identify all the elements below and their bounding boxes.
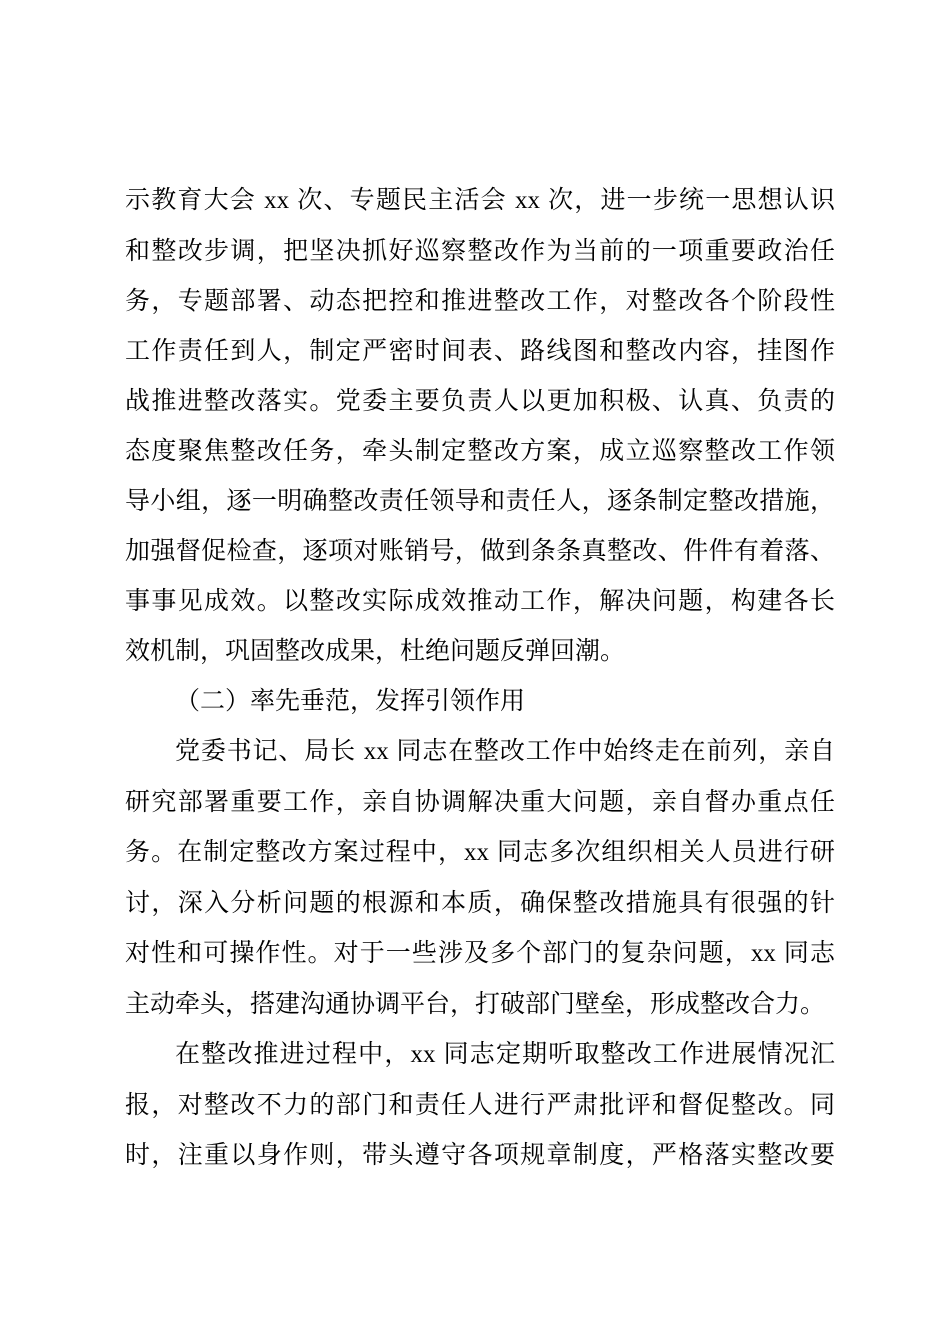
text-line: （二）率先垂范，发挥引领作用 — [125, 676, 835, 726]
latin-placeholder-text: xx — [411, 1041, 436, 1068]
latin-placeholder-text: xx — [751, 940, 776, 967]
latin-placeholder-text: xx — [515, 187, 540, 214]
paragraph-body: 党委书记、局长 xx 同志在整改工作中始终走在前列，亲自研究部署重要工作，亲自协… — [125, 726, 835, 1029]
latin-placeholder-text: xx — [464, 839, 489, 866]
text-line: 在整改推进过程中，xx 同志定期听取整改工作进展情况汇 — [125, 1029, 835, 1080]
latin-placeholder-text: xx — [364, 738, 389, 765]
paragraph-body-continues-next-page: 在整改推进过程中，xx 同志定期听取整改工作进展情况汇报，对整改不力的部门和责任… — [125, 1029, 835, 1180]
text-line: 导小组，逐一明确整改责任领导和责任人，逐条制定整改措施， — [125, 476, 835, 526]
text-line: 战推进整改落实。党委主要负责人以更加积极、认真、负责的 — [125, 376, 835, 426]
text-line: 务，专题部署、动态把控和推进整改工作，对整改各个阶段性 — [125, 276, 835, 326]
document-page: 示教育大会 xx 次、专题民主活会 xx 次，进一步统一思想认识和整改步调，把坚… — [0, 0, 950, 1344]
text-line: 党委书记、局长 xx 同志在整改工作中始终走在前列，亲自 — [125, 726, 835, 777]
document-body: 示教育大会 xx 次、专题民主活会 xx 次，进一步统一思想认识和整改步调，把坚… — [125, 175, 835, 1180]
paragraph-continued-from-previous-page: 示教育大会 xx 次、专题民主活会 xx 次，进一步统一思想认识和整改步调，把坚… — [125, 175, 835, 676]
latin-placeholder-text: xx — [264, 187, 289, 214]
text-line: 和整改步调，把坚决抓好巡察整改作为当前的一项重要政治任 — [125, 226, 835, 276]
text-line: 加强督促检查，逐项对账销号，做到条条真整改、件件有着落、 — [125, 526, 835, 576]
section-subheading: （二）率先垂范，发挥引领作用 — [125, 676, 835, 726]
text-line: 工作责任到人，制定严密时间表、路线图和整改内容，挂图作 — [125, 326, 835, 376]
text-line: 主动牵头，搭建沟通协调平台，打破部门壁垒，形成整改合力。 — [125, 979, 835, 1029]
text-line: 示教育大会 xx 次、专题民主活会 xx 次，进一步统一思想认识 — [125, 175, 835, 226]
text-line: 态度聚焦整改任务，牵头制定整改方案，成立巡察整改工作领 — [125, 426, 835, 476]
text-line: 务。在制定整改方案过程中，xx 同志多次组织相关人员进行研 — [125, 827, 835, 878]
text-line: 时，注重以身作则，带头遵守各项规章制度，严格落实整改要 — [125, 1130, 835, 1180]
text-line: 报，对整改不力的部门和责任人进行严肃批评和督促整改。同 — [125, 1080, 835, 1130]
text-line: 研究部署重要工作，亲自协调解决重大问题，亲自督办重点任 — [125, 777, 835, 827]
text-line: 对性和可操作性。对于一些涉及多个部门的复杂问题，xx 同志 — [125, 928, 835, 979]
text-line: 讨，深入分析问题的根源和本质，确保整改措施具有很强的针 — [125, 878, 835, 928]
text-line: 效机制，巩固整改成果，杜绝问题反弹回潮。 — [125, 626, 835, 676]
text-line: 事事见成效。以整改实际成效推动工作，解决问题，构建各长 — [125, 576, 835, 626]
